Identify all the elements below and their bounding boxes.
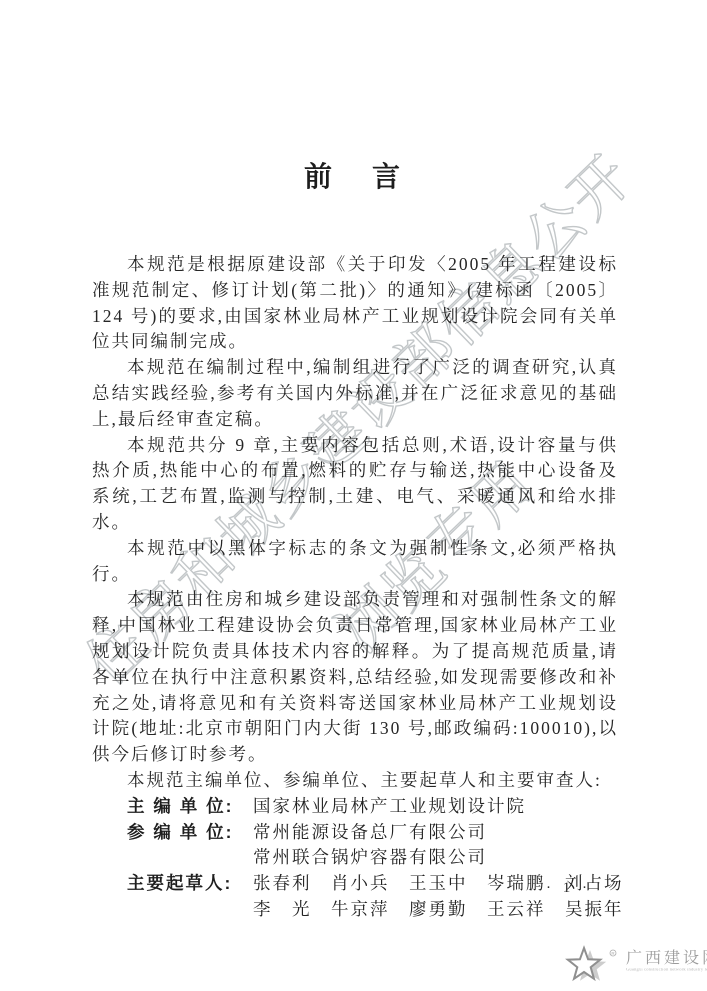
- credit-row-co-editors: 参 编 单 位: 常州能源设备总厂有限公司 常州联合锅炉容器有限公司: [92, 820, 618, 872]
- credit-row-drafters: 主要起草人: 张春利 肖小兵 王玉中 岑瑞鹏 刘占场 李 光 牛京萍 廖勇勤 王…: [92, 871, 618, 923]
- paragraph-4-mandatory-clause: 本规范中以黑体字标志的条文为强制性条文,必须严格执行。: [92, 536, 618, 588]
- document-body: 前 言 本规范是根据原建设部《关于印发〈2005 年工程建设标准规范制定、修订计…: [92, 0, 618, 923]
- page-title: 前 言: [92, 162, 618, 192]
- document-page: 住房和城乡建设部信息公开 浏览专用 前 言 本规范是根据原建设部《关于印发〈20…: [0, 0, 707, 991]
- paragraph-6-credits-intro: 本规范主编单位、参编单位、主要起草人和主要审查人:: [92, 768, 618, 794]
- star-logo-icon: R: [558, 938, 622, 986]
- footer-logo-text: 广西建设网 Guangxi construction network indus…: [626, 950, 707, 974]
- page-number: · 1 ·: [546, 880, 591, 897]
- credit-value: 国家林业局林产工业规划设计院: [253, 794, 618, 820]
- credit-label: 主 编 单 位:: [127, 794, 253, 820]
- credit-value: 李 光 牛京萍 廖勇勤 王云祥 吴振年: [253, 897, 624, 923]
- paragraph-3: 本规范共分 9 章,主要内容包括总则,术语,设计容量与供热介质,热能中心的布置,…: [92, 433, 618, 536]
- credit-label: 主要起草人:: [127, 871, 253, 923]
- credit-label: 参 编 单 位:: [127, 820, 253, 872]
- logo-tagline: Guangxi construction network industry le…: [626, 968, 707, 973]
- credit-row-chief-editor: 主 编 单 位: 国家林业局林产工业规划设计院: [92, 794, 618, 820]
- paragraph-1: 本规范是根据原建设部《关于印发〈2005 年工程建设标准规范制定、修订计划(第二…: [92, 252, 618, 355]
- credit-value: 常州能源设备总厂有限公司: [253, 820, 618, 846]
- paragraph-5: 本规范由住房和城乡建设部负责管理和对强制性条文的解释,中国林业工程建设协会负责日…: [92, 587, 618, 768]
- credit-value: 常州联合锅炉容器有限公司: [253, 845, 618, 871]
- footer-logo: R 广西建设网 Guangxi construction network ind…: [558, 938, 707, 986]
- logo-site-name: 广西建设网: [626, 950, 707, 968]
- paragraph-2: 本规范在编制过程中,编制组进行了广泛的调查研究,认真总结实践经验,参考有关国内外…: [92, 355, 618, 432]
